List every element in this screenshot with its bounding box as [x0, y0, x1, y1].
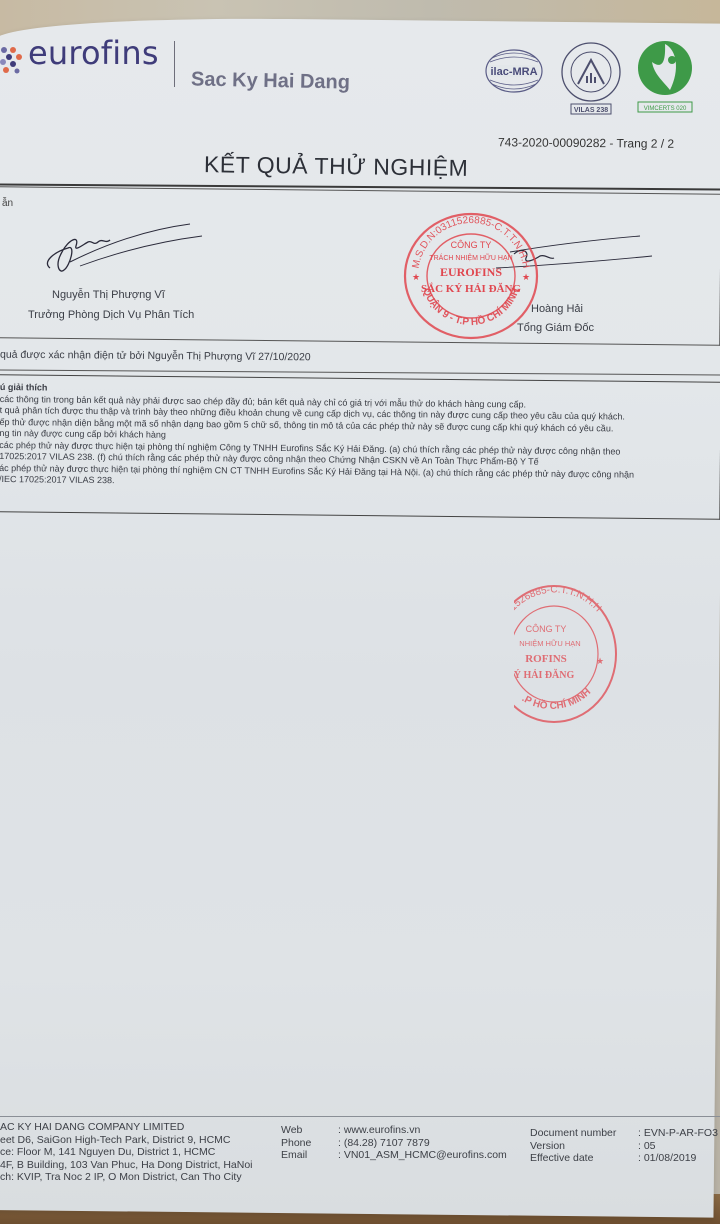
- contact-email-row: Email : VN01_ASM_HCMC@eurofins.com: [281, 1149, 521, 1162]
- effective-date-row: Effective date : 01/08/2019: [530, 1152, 720, 1165]
- phone-label: Phone: [281, 1137, 311, 1150]
- footer-document-info: Document number : EVN-P-AR-FO3 Version :…: [530, 1127, 720, 1165]
- svg-text:VIMCERTS 020: VIMCERTS 020: [644, 106, 687, 112]
- signer-left-name: Nguyễn Thị Phượng Vĩ: [52, 289, 165, 301]
- doc-number-row: Document number : EVN-P-AR-FO3: [530, 1127, 720, 1140]
- version-label: Version: [530, 1140, 565, 1153]
- vimcerts-badge-icon: VIMCERTS 020: [632, 40, 698, 116]
- signature-left-icon: [40, 222, 210, 278]
- phone-value: : (84.28) 7107 7879: [338, 1137, 430, 1150]
- document-reference: 743-2020-00090282 - Trang 2 / 2: [498, 135, 674, 151]
- web-label: Web: [281, 1124, 302, 1137]
- version-value: : 05: [638, 1140, 656, 1153]
- email-label: Email: [281, 1149, 307, 1162]
- svg-text:ROFINS: ROFINS: [525, 653, 567, 665]
- company-stamp-icon: M.S.D.N:0311526885-C.T.T.N.H.H QUẬN 9 - …: [400, 210, 542, 340]
- contact-web-row: Web : www.eurofins.vn: [281, 1124, 521, 1137]
- svg-text:TRÁCH NHIỆM HỮU HẠN: TRÁCH NHIỆM HỮU HẠN: [429, 253, 512, 262]
- web-value[interactable]: : www.eurofins.vn: [338, 1124, 420, 1137]
- footer-contact-info: Web : www.eurofins.vn Phone : (84.28) 71…: [281, 1124, 521, 1162]
- effective-date-label: Effective date: [530, 1152, 593, 1165]
- company-hanoi-branch: 4F, B Building, 103 Van Phuc, Ha Dong Di…: [0, 1159, 253, 1172]
- company-address: eet D6, SaiGon High-Tech Park, District …: [0, 1134, 253, 1147]
- svg-text:1526885-C.T.T.N.H.H: 1526885-C.T.T.N.H.H: [508, 584, 604, 614]
- email-value[interactable]: : VN01_ASM_HCMC@eurofins.com: [338, 1149, 507, 1162]
- svg-text:Ý HẢI ĐĂNG: Ý HẢI ĐĂNG: [514, 669, 575, 681]
- svg-text:★: ★: [412, 272, 420, 282]
- eurofins-logo-icon: [0, 46, 26, 80]
- svg-text:VILAS 238: VILAS 238: [574, 107, 608, 114]
- signature-section-label: ẫn: [2, 198, 13, 209]
- svg-text:CÔNG TY: CÔNG TY: [451, 240, 492, 250]
- company-cantho-branch: ch: KVIP, Tra Noc 2 IP, O Mon District, …: [0, 1171, 253, 1184]
- brand-subtitle: Sac Ky Hai Dang: [191, 68, 350, 94]
- logo-divider: [174, 41, 175, 87]
- version-row: Version : 05: [530, 1140, 720, 1153]
- svg-text:ilac-MRA: ilac-MRA: [490, 66, 537, 78]
- svg-text:EUROFINS: EUROFINS: [440, 265, 502, 279]
- signer-right-name: Hoàng Hải: [531, 303, 583, 315]
- ilac-mra-badge-icon: ilac-MRA: [484, 48, 544, 94]
- svg-text:NHIỆM HỮU HẠN: NHIỆM HỮU HẠN: [519, 639, 580, 648]
- svg-text:★: ★: [522, 272, 530, 282]
- svg-text:CÔNG TY: CÔNG TY: [526, 624, 567, 634]
- company-stamp-partial-icon: 1526885-C.T.T.N.H.H .P HỒ CHÍ MINH CÔNG …: [470, 580, 620, 730]
- effective-date-value: : 01/08/2019: [638, 1152, 696, 1165]
- page-title: KẾT QUẢ THỬ NGHIỆM: [204, 151, 469, 182]
- svg-text:.P HỒ CHÍ MINH: .P HỒ CHÍ MINH: [520, 686, 593, 712]
- doc-number-label: Document number: [530, 1127, 616, 1140]
- footer-company-info: AC KY HAI DANG COMPANY LIMITED eet D6, S…: [0, 1121, 253, 1184]
- doc-number-value: : EVN-P-AR-FO3: [638, 1127, 718, 1140]
- company-name: AC KY HAI DANG COMPANY LIMITED: [0, 1121, 253, 1134]
- company-office: ce: Floor M, 141 Nguyen Du, District 1, …: [0, 1146, 253, 1159]
- svg-text:SẮC KÝ HẢI ĐĂNG: SẮC KÝ HẢI ĐĂNG: [421, 282, 521, 295]
- notes-content: ú giải thích các thông tin trong bản kết…: [0, 382, 716, 493]
- signer-right-role: Tổng Giám Đốc: [517, 322, 594, 334]
- brand-logo-text: eurofins: [28, 34, 159, 72]
- signer-left-role: Trưởng Phòng Dịch Vụ Phân Tích: [28, 309, 194, 321]
- footer-divider: [0, 1116, 720, 1117]
- svg-text:★: ★: [596, 656, 604, 666]
- contact-phone-row: Phone : (84.28) 7107 7879: [281, 1137, 521, 1150]
- boa-accreditation-badge-icon: VILAS 238: [558, 42, 624, 116]
